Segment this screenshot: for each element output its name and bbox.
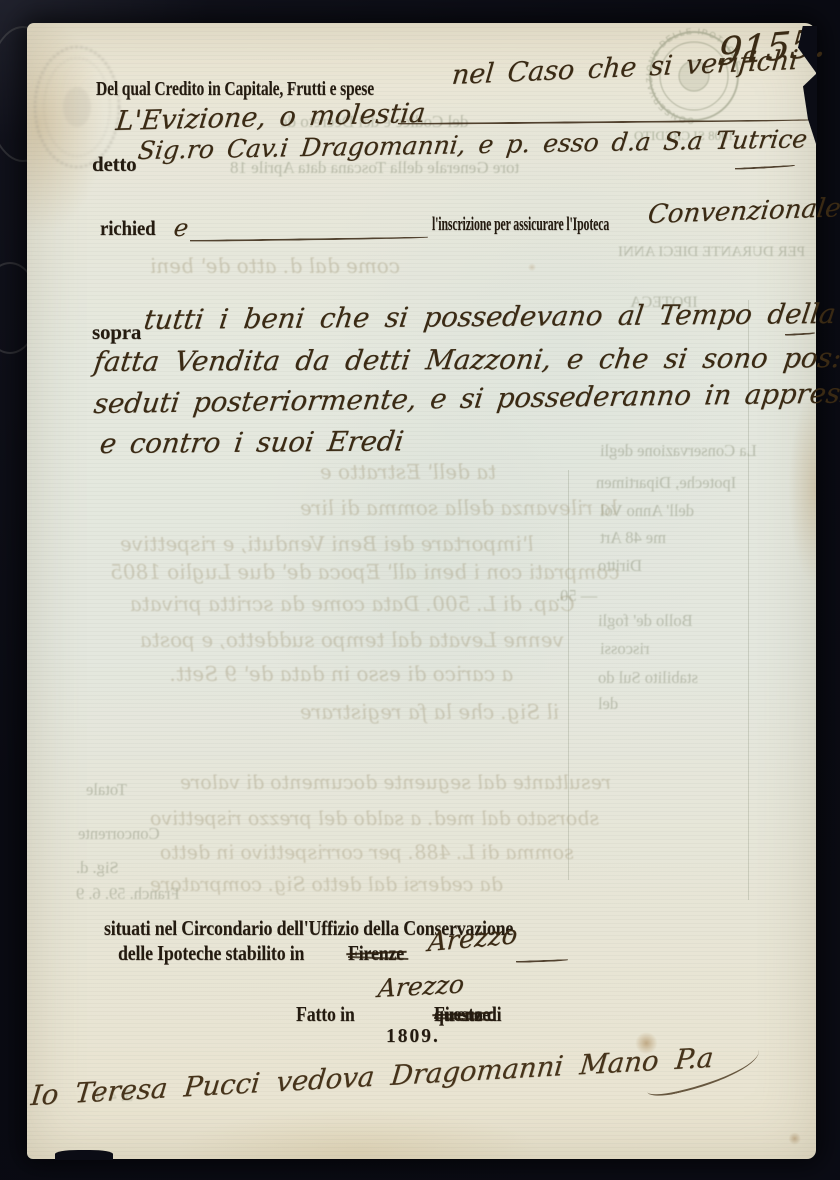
bleedthrough-fragment: il Sig. che la fa registrare: [299, 700, 561, 724]
scan-background: del Codice e del Decreto de tore General…: [0, 0, 840, 1180]
bleedthrough-fragment: stabilito Sul do: [598, 668, 698, 688]
printed-clause-inscrizione: l'inscrizione per assicurare l'Ipoteca: [432, 214, 609, 236]
document-page: del Codice e del Decreto de tore General…: [27, 23, 816, 1159]
signature: Io Teresa Pucci vedova Dragomanni Mano P…: [29, 1042, 715, 1112]
bleedthrough-fragment: PER DURANTE DIECI ANNI: [618, 244, 805, 261]
printed-situati-line2: delle Ipoteche stabilito in: [118, 941, 304, 966]
ink-dash: [785, 332, 815, 336]
printed-label-detto: detto: [92, 152, 137, 177]
ink-rule: [190, 237, 428, 242]
handwritten-sopra-line1: tutti i beni che si possedevano al Tempo…: [142, 298, 838, 336]
bleedthrough-fragment: somma di L. 488. per corrispettivo in de…: [159, 842, 575, 864]
bleedthrough-fragment: La Conservazione degli: [600, 441, 757, 461]
bleedthrough-fragment: me 48 Art: [600, 528, 666, 548]
printed-fatto-in: Fatto in: [296, 1002, 355, 1027]
bleedthrough-fragment: Ipoteche, Dipartimen: [596, 473, 736, 493]
printed-label-sopra: sopra: [92, 320, 141, 345]
bleedthrough-fragment: Sig. d.: [76, 858, 119, 878]
bleedthrough-fragment: come dal d. atto de' beni: [149, 254, 402, 278]
bleedthrough-fragment: Bollo de' fogli: [598, 611, 693, 631]
handwritten-sopra-line2: fatta Vendita da detti Mazzoni, e che si…: [92, 342, 840, 378]
bleedthrough-fragment: l'importare dei Beni Venduti, e rispetti…: [119, 532, 535, 556]
bleedthrough-fragment: del: [598, 694, 618, 714]
bleedthrough-fragment: da cedersi dal detto Sig. compratore: [149, 874, 504, 896]
handwritten-arezzo: Arezzo: [427, 920, 518, 958]
bleedthrough-fragment: Totale: [86, 780, 127, 800]
ink-dash: [516, 959, 568, 963]
bleedthrough-fragment: resultante dal seguente documento di val…: [179, 772, 612, 794]
bleedthrough-fragment: riscossi: [600, 639, 650, 659]
printed-questo-di: questo di: [434, 1002, 501, 1027]
handwritten-sopra-line4: e contro i suoi Eredi: [98, 425, 406, 460]
printed-label-richiede: richied: [100, 216, 155, 241]
handwritten-entry-caso: nel Caso che si verifichi: [450, 45, 799, 91]
printed-struck-firenze: Firenze: [348, 941, 404, 966]
bleedthrough-fragment: ta dell' Estratto e: [319, 460, 498, 484]
bleedthrough-fragment: a carico di esso in data de' 9 Sett.: [169, 662, 515, 686]
handwritten-arezzo-above: Arezzo: [376, 969, 465, 1003]
ink-dash: [735, 165, 795, 170]
bleedthrough-fragment: comprati con i beni all' Epoca de' due L…: [109, 560, 621, 584]
handwritten-sopra-line3: seduti posteriormente, e si possederanno…: [92, 377, 840, 420]
paper-tear: [55, 1150, 113, 1160]
bleedthrough-fragment: sborsato dal med. a saldo del prezzo ris…: [149, 808, 601, 830]
handwritten-fill-e: e: [172, 214, 190, 242]
printed-year: 1809.: [386, 1026, 440, 1048]
bleedthrough-fragment: Concorrente: [78, 824, 160, 844]
bleedthrough-fragment: la rilevanza della somma di lire: [299, 496, 619, 520]
bleedthrough-fragment: Cap. di L. 500. Data come da scritta pri…: [129, 592, 576, 616]
bleedthrough-fragment: venne Levata dal tempo suddetto, e posta: [139, 628, 565, 652]
printed-clause-credito: Del qual Credito in Capitale, Frutti e s…: [96, 78, 374, 101]
handwritten-entry-convenzionale: Convenzionale: [646, 193, 840, 230]
